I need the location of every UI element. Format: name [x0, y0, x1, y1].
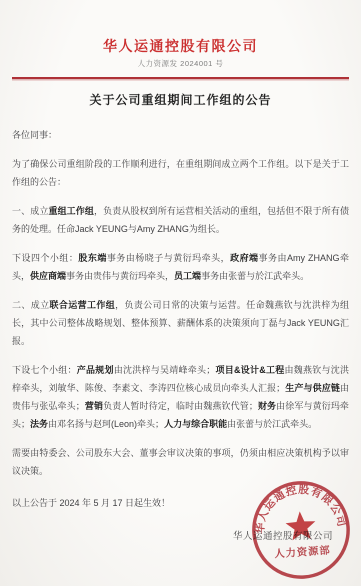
star-icon — [285, 510, 317, 540]
paragraph-group1-subgroups: 下设四个小组：股东端事务由杨晓子与黄衍玛牵头，政府端事务由Amy ZHANG牵头… — [12, 249, 349, 285]
company-seal: 华人运通控股有限公司 人力资源部 — [243, 472, 358, 586]
document-content: 华人运通控股有限公司 人力资源发 2024001 号 关于公司重组期间工作组的公… — [0, 0, 361, 512]
company-name: 华人运通控股有限公司 — [12, 38, 349, 54]
seal-department-label: 人力资源部 — [274, 544, 331, 561]
announcement-document: 华人运通控股有限公司 人力资源发 2024001 号 关于公司重组期间工作组的公… — [0, 0, 361, 586]
page-title: 关于公司重组期间工作组的公告 — [12, 92, 349, 108]
document-header: 华人运通控股有限公司 人力资源发 2024001 号 — [12, 38, 349, 79]
paragraph-group2: 二、成立联合运营工作组，负责公司日常的决策与运营。任命魏燕钦与沈洪梓为组长，其中… — [12, 296, 349, 350]
header-divider — [12, 77, 349, 79]
paragraph-decision-note: 需要由特委会、公司股东大会、董事会审议决策的事项，仍须由相应决策机构予以审议决策… — [12, 444, 349, 480]
document-body: 各位同事： 为了确保公司重组阶段的工作顺利进行，在重组期间成立两个工作组。以下是… — [12, 126, 349, 512]
salutation: 各位同事： — [12, 126, 349, 144]
doc-number: 人力资源发 2024001 号 — [12, 59, 349, 69]
paragraph-group1: 一、成立重组工作组，负责从股权到所有运营相关活动的重组，包括但不限于所有债务的处… — [12, 202, 349, 238]
paragraphs: 为了确保公司重组阶段的工作顺利进行，在重组期间成立两个工作组。以下是关于工作组的… — [12, 155, 349, 480]
paragraph-group2-subgroups: 下设七个小组：产品规划由沈洪梓与吴靖峰牵头；项目&设计&工程由魏燕钦与沈洪梓牵头… — [12, 361, 349, 433]
paragraph-intro: 为了确保公司重组阶段的工作顺利进行，在重组期间成立两个工作组。以下是关于工作组的… — [12, 155, 349, 191]
